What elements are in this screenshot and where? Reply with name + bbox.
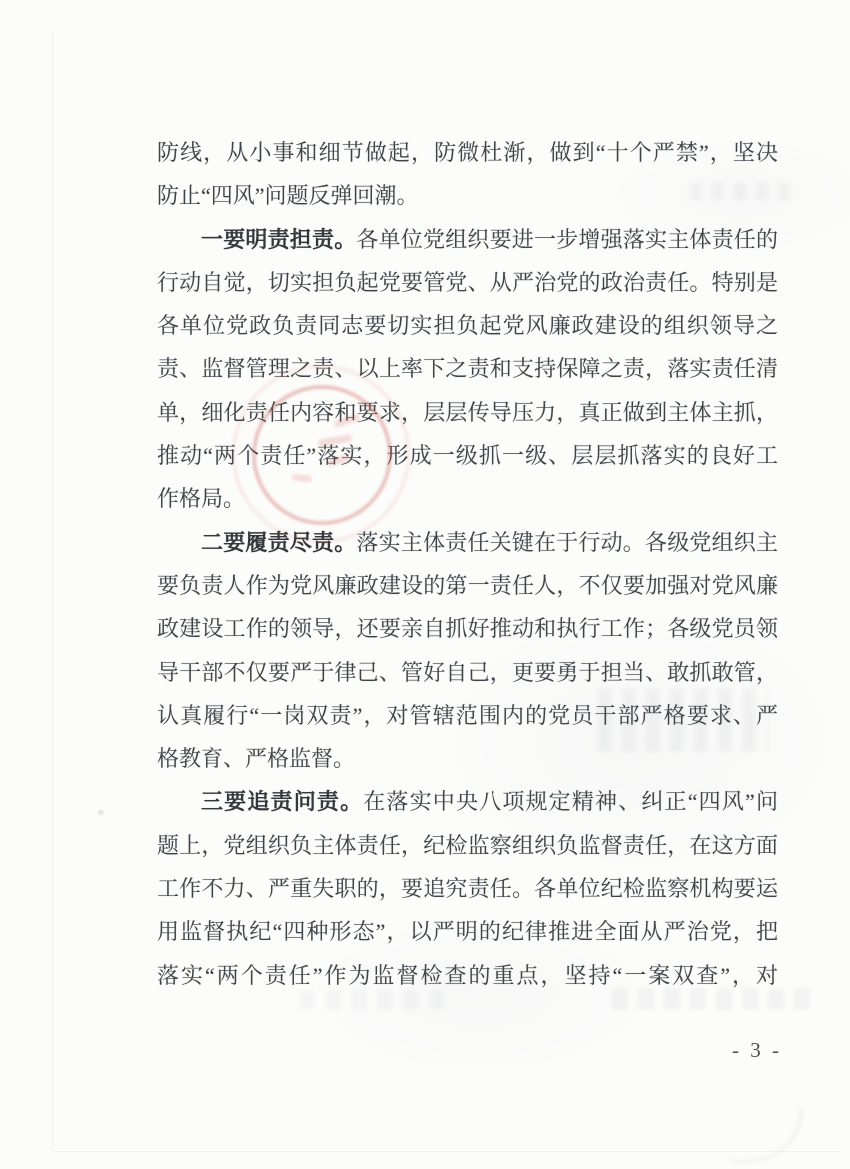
- text-line: 落实“两个责任”作为监督检查的重点，坚持“一案双查”，对: [157, 954, 778, 997]
- paragraph: 二要履责尽责。落实主体责任关键在于行动。各级党组织主要负责人作为党风廉政建设的第…: [157, 521, 778, 781]
- paragraph-lead-in: 二要履责尽责。: [201, 530, 356, 555]
- text-line: 一要明责担责。各单位党组织要进一步增强落实主体责任的: [157, 218, 778, 261]
- text-line: 格教育、严格监督。: [157, 737, 778, 780]
- text-line: 推动“两个责任”落实，形成一级抓一级、层层抓落实的良好工: [157, 434, 778, 477]
- text-line: 工作不力、严重失职的，要追究责任。各单位纪检监察机构要运: [157, 867, 778, 910]
- text-line: 导干部不仅要严于律己、管好自己，更要勇于担当、敢抓敢管，: [157, 651, 778, 694]
- paragraph-lead-in: 三要追责问责。: [201, 789, 363, 814]
- text-line: 二要履责尽责。落实主体责任关键在于行动。各级党组织主: [157, 521, 778, 564]
- paragraph: 三要追责问责。在落实中央八项规定精神、纠正“四风”问题上，党组织负主体责任，纪检…: [157, 780, 778, 996]
- text-line: 政建设工作的领导，还要亲自抓好推动和执行工作；各级党员领: [157, 607, 778, 650]
- text-line: 责、监督管理之责、以上率下之责和支持保障之责，落实责任清: [157, 347, 778, 390]
- text-line: 行动自觉，切实担负起党要管党、从严治党的政治责任。特别是: [157, 261, 778, 304]
- page-number: - 3 -: [702, 1038, 812, 1063]
- scan-page-edge-left: [52, 30, 53, 1150]
- scan-artifact-speck: [98, 810, 104, 815]
- scan-artifact-pencil-arc: [730, 1108, 803, 1163]
- scanned-document-page: 防线，从小事和细节做起，防微杜渐，做到“十个严禁”，坚决防止“四风”问题反弹回潮…: [0, 0, 850, 1169]
- text-line: 单，细化责任内容和要求，层层传导压力，真正做到主体主抓，: [157, 391, 778, 434]
- text-line: 作格局。: [157, 477, 778, 520]
- text-line: 认真履行“一岗双责”，对管辖范围内的党员干部严格要求、严: [157, 694, 778, 737]
- text-line: 三要追责问责。在落实中央八项规定精神、纠正“四风”问: [157, 780, 778, 823]
- scan-page-edge-bottom: [52, 1151, 842, 1152]
- paragraph: 防线，从小事和细节做起，防微杜渐，做到“十个严禁”，坚决防止“四风”问题反弹回潮…: [157, 131, 778, 218]
- paragraph-lead-in: 一要明责担责。: [201, 227, 356, 252]
- document-body: 防线，从小事和细节做起，防微杜渐，做到“十个严禁”，坚决防止“四风”问题反弹回潮…: [157, 131, 778, 997]
- text-line: 题上，党组织负主体责任，纪检监察组织负监督责任，在这方面: [157, 824, 778, 867]
- paragraph: 一要明责担责。各单位党组织要进一步增强落实主体责任的行动自觉，切实担负起党要管党…: [157, 218, 778, 521]
- text-line: 防线，从小事和细节做起，防微杜渐，做到“十个严禁”，坚决: [157, 131, 778, 174]
- text-line: 防止“四风”问题反弹回潮。: [157, 174, 778, 217]
- text-line: 要负责人作为党风廉政建设的第一责任人，不仅要加强对党风廉: [157, 564, 778, 607]
- text-line: 各单位党政负责同志要切实担负起党风廉政建设的组织领导之: [157, 304, 778, 347]
- text-line: 用监督执纪“四种形态”，以严明的纪律推进全面从严治党，把: [157, 910, 778, 953]
